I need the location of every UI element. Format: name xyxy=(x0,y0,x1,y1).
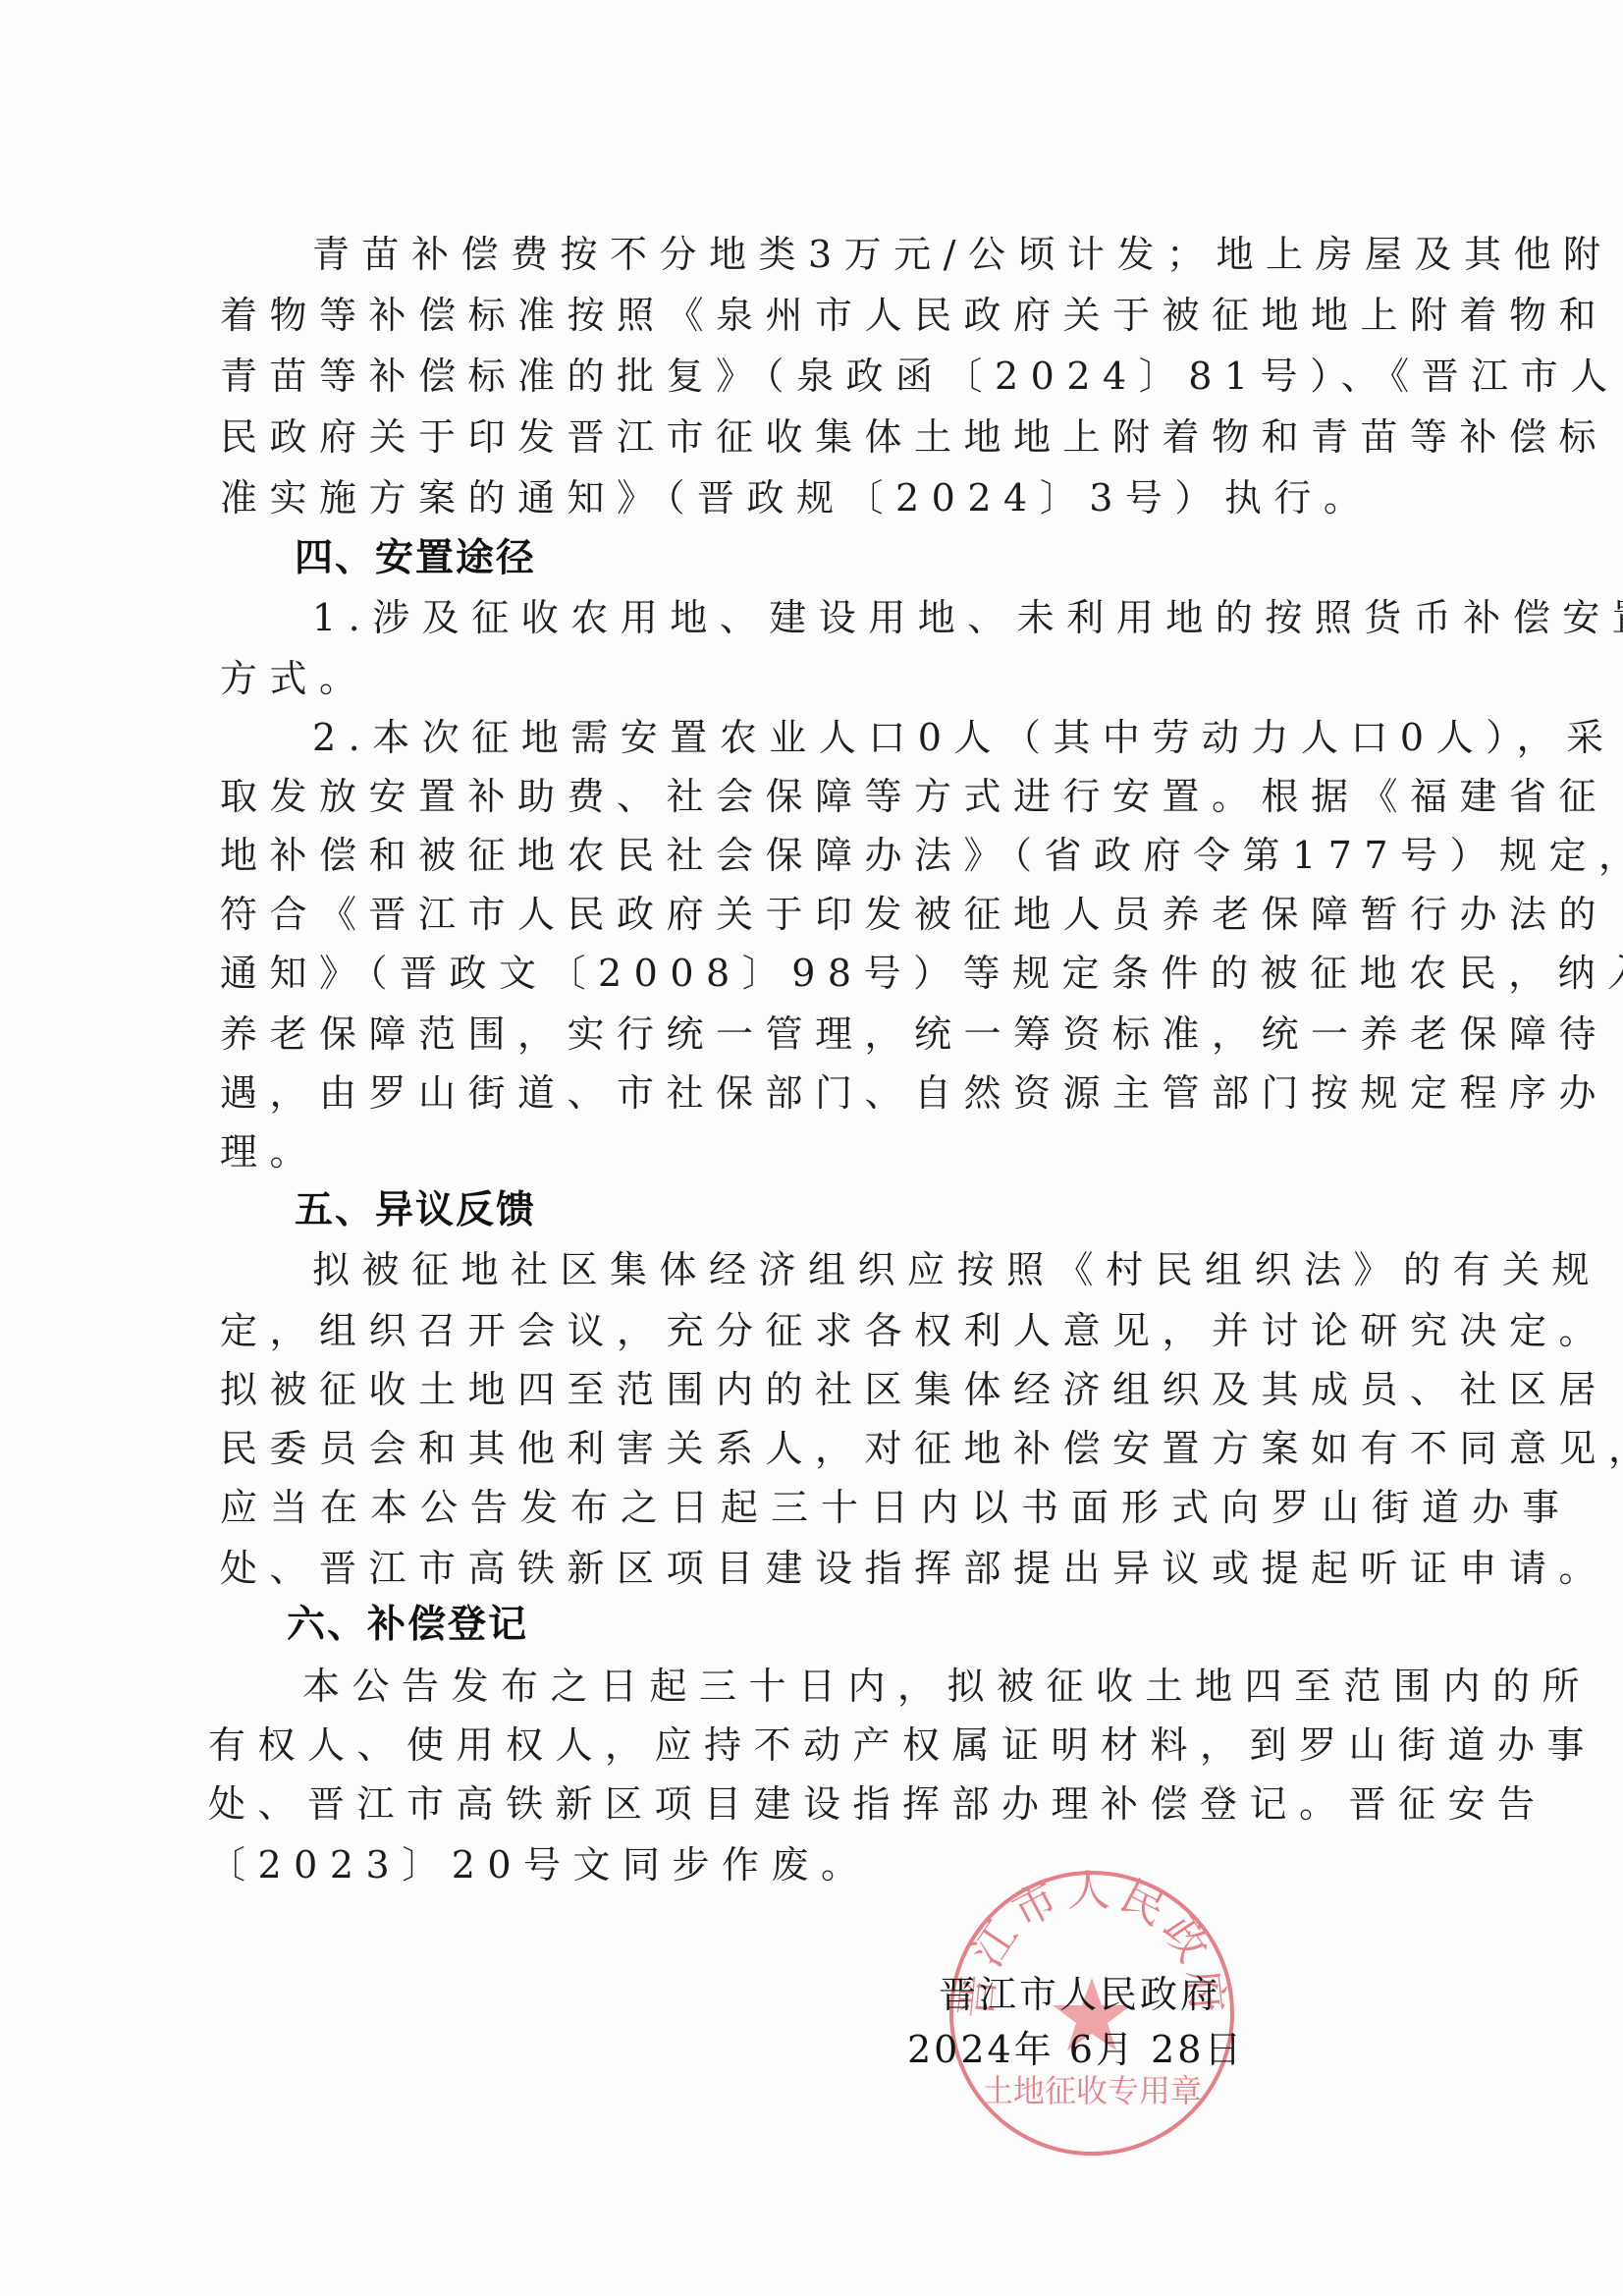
paragraph-line: 本公告发布之日起三十日内，拟被征收土地四至范围内的所 xyxy=(302,1664,1402,1709)
section-heading-resettlement: 四、安置途径 xyxy=(295,536,536,581)
paragraph-line: 定，组织召开会议，充分征求各权利人意见，并讨论研究决定。 xyxy=(220,1308,1413,1353)
paragraph-line: 理。 xyxy=(220,1129,1413,1175)
issue-date: 2024年 6月 28日 xyxy=(907,2027,1244,2072)
paragraph-line: 符合《晋江市人民政府关于印发被征地人员养老保障暂行办法的 xyxy=(220,892,1413,937)
paragraph-line: 着物等补偿标准按照《泉州市人民政府关于被征地地上附着物和 xyxy=(220,293,1413,338)
paragraph-line: 拟被征地社区集体经济组织应按照《村民组织法》的有关规 xyxy=(312,1247,1413,1292)
issuer-name: 晋江市人民政府 xyxy=(939,1972,1220,2017)
paragraph-line: 青苗等补偿标准的批复》（泉政函〔2024〕81号）、《晋江市人 xyxy=(220,354,1413,399)
paragraph-line: 拟被征收土地四至范围内的社区集体经济组织及其成员、社区居 xyxy=(220,1367,1413,1412)
paragraph-line: 准实施方案的通知》（晋政规〔2024〕3号）执行。 xyxy=(220,475,1413,520)
paragraph-line: 有权人、使用权人，应持不动产权属证明材料，到罗山街道办事 xyxy=(208,1722,1402,1768)
paragraph-line: 处、晋江市高铁新区项目建设指挥部办理补偿登记。晋征安告 xyxy=(208,1781,1402,1827)
paragraph-line: 处、晋江市高铁新区项目建设指挥部提出异议或提起听证申请。 xyxy=(220,1546,1413,1591)
section-heading-objection: 五、异议反馈 xyxy=(295,1188,536,1233)
paragraph-line: 取发放安置补助费、社会保障等方式进行安置。根据《福建省征 xyxy=(220,774,1413,819)
paragraph-line: 方式。 xyxy=(220,656,1413,701)
paragraph-line: 2.本次征地需安置农业人口0人（其中劳动力人口0人），采 xyxy=(312,715,1413,760)
paragraph-line: 1.涉及征收农用地、建设用地、未利用地的按照货币补偿安置 xyxy=(312,595,1413,640)
paragraph-line: 民委员会和其他利害关系人，对征地补偿安置方案如有不同意见， xyxy=(220,1426,1413,1471)
paragraph-line: 应当在本公告发布之日起三十日内以书面形式向罗山街道办事 xyxy=(220,1485,1413,1530)
paragraph-line: 民政府关于印发晋江市征收集体土地地上附着物和青苗等补偿标 xyxy=(220,414,1413,460)
stamp-bottom-text: 土地征收专用章 xyxy=(982,2072,1202,2109)
paragraph-line: 地补偿和被征地农民社会保障办法》（省政府令第177号）规定， xyxy=(220,833,1413,878)
document-page: 青苗补偿费按不分地类3万元/公顷计发；地上房屋及其他附 着物等补偿标准按照《泉州… xyxy=(0,0,1623,2296)
section-heading-registration: 六、补偿登记 xyxy=(287,1603,528,1648)
paragraph-line: 通知》（晋政文〔2008〕98号）等规定条件的被征地农民，纳入 xyxy=(220,951,1413,996)
paragraph-line: 青苗补偿费按不分地类3万元/公顷计发；地上房屋及其他附 xyxy=(312,232,1413,277)
paragraph-line: 养老保障范围，实行统一管理，统一筹资标准，统一养老保障待 xyxy=(220,1011,1413,1057)
paragraph-line: 遇，由罗山街道、市社保部门、自然资源主管部门按规定程序办 xyxy=(220,1070,1413,1116)
